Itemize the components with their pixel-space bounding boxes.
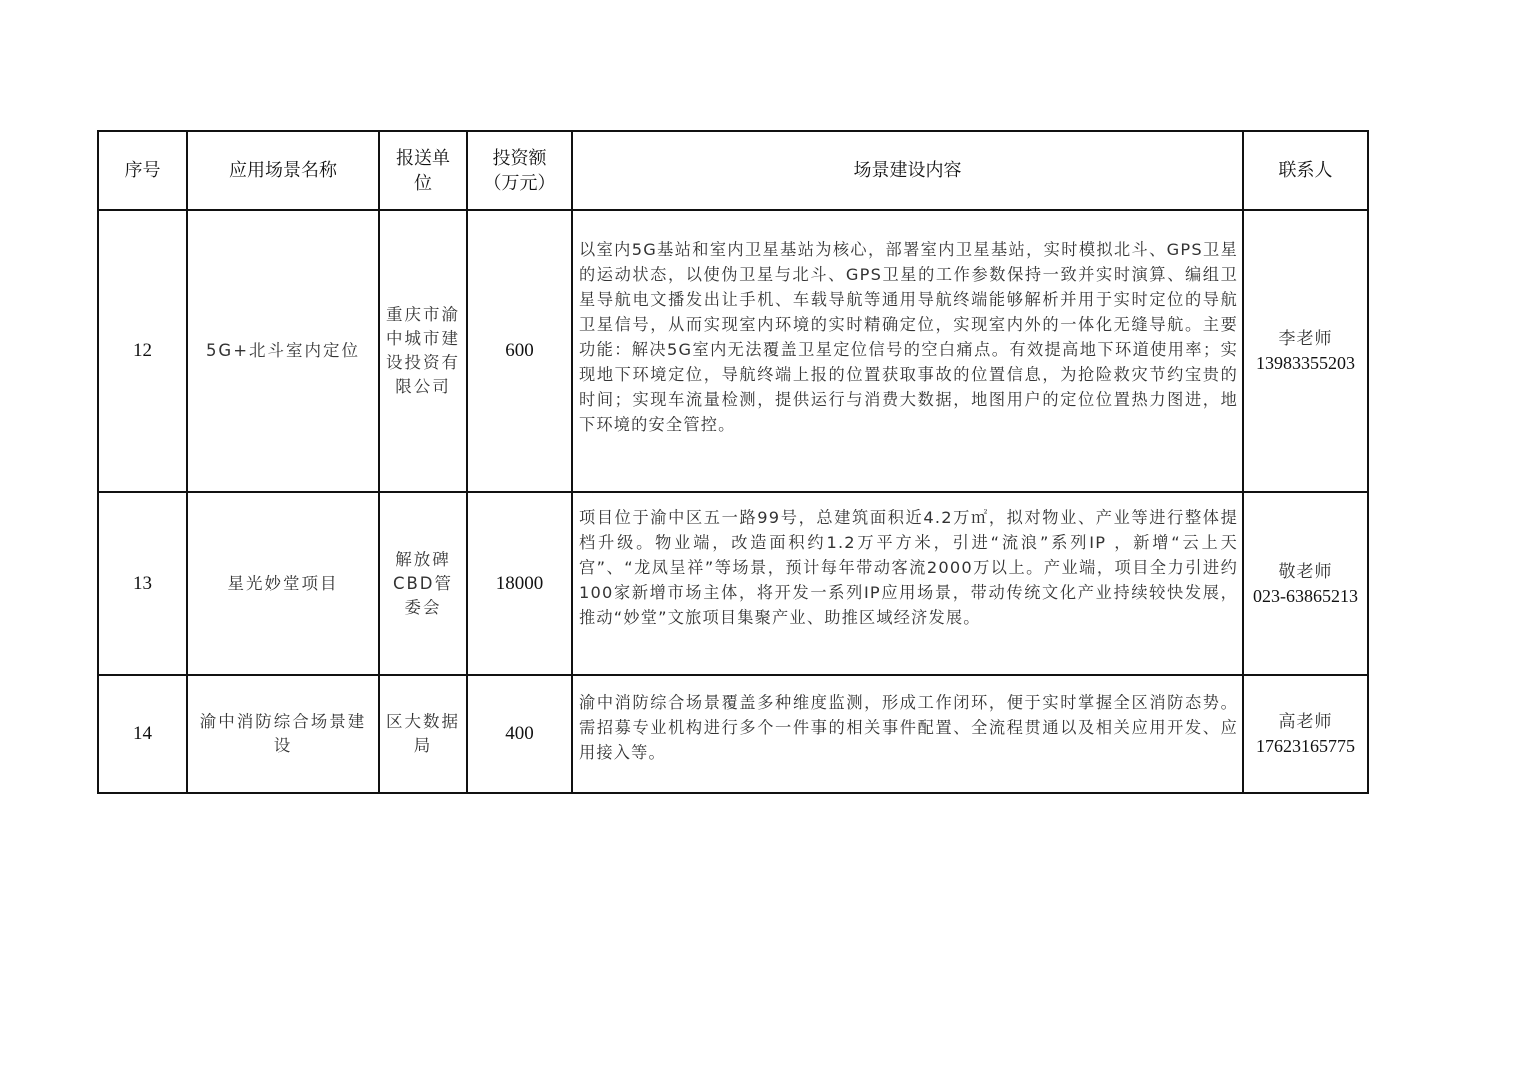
- investment-amount: 400: [467, 675, 572, 793]
- scenario-name: 星光妙堂项目: [187, 492, 379, 675]
- row-index: 14: [98, 675, 187, 793]
- contact-name: 敬老师: [1244, 560, 1367, 584]
- scenario-name: 渝中消防综合场景建设: [187, 675, 379, 793]
- scenario-content: 以室内5G基站和室内卫星基站为核心，部署室内卫星基站，实时模拟北斗、GPS卫星的…: [572, 210, 1243, 492]
- header-contact: 联系人: [1243, 131, 1368, 210]
- investment-amount: 18000: [467, 492, 572, 675]
- contact-cell: 李老师 13983355203: [1243, 210, 1368, 492]
- header-investment: 投资额（万元）: [467, 131, 572, 210]
- row-index: 12: [98, 210, 187, 492]
- header-scenario-name: 应用场景名称: [187, 131, 379, 210]
- row-index: 13: [98, 492, 187, 675]
- submitting-unit: 解放碑CBD管委会: [379, 492, 467, 675]
- scenario-content: 渝中消防综合场景覆盖多种维度监测，形成工作闭环，便于实时掌握全区消防态势。需招募…: [572, 675, 1243, 793]
- contact-phone: 17623165775: [1244, 734, 1367, 758]
- table-row: 12 5G+北斗室内定位 重庆市渝中城市建设投资有限公司 600 以室内5G基站…: [98, 210, 1368, 492]
- table-header-row: 序号 应用场景名称 报送单位 投资额（万元） 场景建设内容 联系人: [98, 131, 1368, 210]
- table-row: 13 星光妙堂项目 解放碑CBD管委会 18000 项目位于渝中区五一路99号，…: [98, 492, 1368, 675]
- contact-phone: 13983355203: [1244, 351, 1367, 375]
- contact-name: 高老师: [1244, 710, 1367, 734]
- contact-phone: 023-63865213: [1244, 584, 1367, 608]
- contact-cell: 敬老师 023-63865213: [1243, 492, 1368, 675]
- header-content: 场景建设内容: [572, 131, 1243, 210]
- submitting-unit: 区大数据局: [379, 675, 467, 793]
- investment-amount: 600: [467, 210, 572, 492]
- contact-cell: 高老师 17623165775: [1243, 675, 1368, 793]
- scenario-content: 项目位于渝中区五一路99号，总建筑面积近4.2万㎡，拟对物业、产业等进行整体提档…: [572, 492, 1243, 675]
- scenario-table: 序号 应用场景名称 报送单位 投资额（万元） 场景建设内容 联系人 12 5G+…: [97, 130, 1369, 794]
- table-row: 14 渝中消防综合场景建设 区大数据局 400 渝中消防综合场景覆盖多种维度监测…: [98, 675, 1368, 793]
- header-submitting-unit: 报送单位: [379, 131, 467, 210]
- scenario-name: 5G+北斗室内定位: [187, 210, 379, 492]
- contact-name: 李老师: [1244, 327, 1367, 351]
- header-index: 序号: [98, 131, 187, 210]
- submitting-unit: 重庆市渝中城市建设投资有限公司: [379, 210, 467, 492]
